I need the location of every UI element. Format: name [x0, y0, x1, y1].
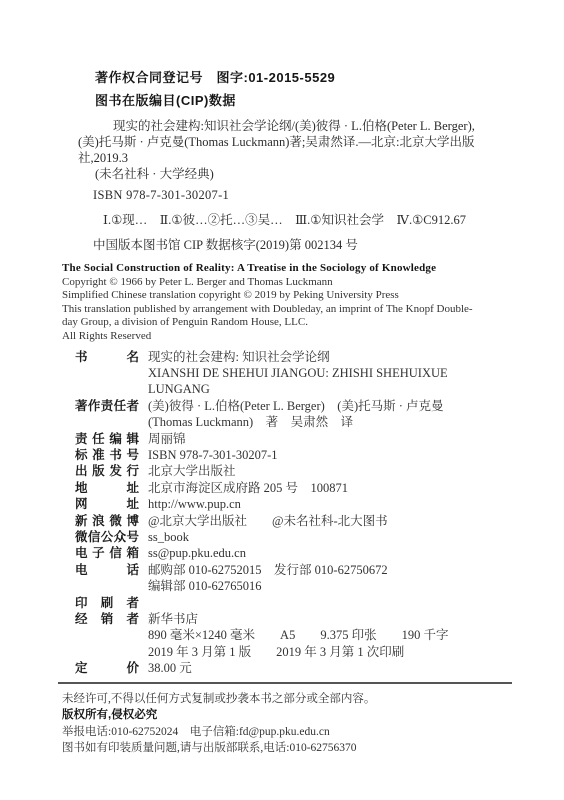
isbn-line: ISBN 978-7-301-30207-1: [93, 187, 512, 203]
label-char: 话: [126, 562, 139, 595]
info-row: 定价38.00 元: [75, 660, 512, 676]
label-char: 书: [109, 447, 122, 463]
info-row-label: 出版发行: [75, 463, 139, 479]
info-value-line: 北京大学出版社: [148, 463, 236, 479]
info-value-line: XIANSHI DE SHEHUI JIANGOU: ZHISHI SHEHUI…: [148, 365, 448, 381]
text-line: (美)托马斯 · 卢克曼(Thomas Luckmann)著;吴肃然译.—北京:…: [78, 134, 514, 150]
info-row-label: 电子信箱: [75, 545, 139, 561]
info-row-value: @北京大学出版社 @未名社科-北大图书: [148, 513, 388, 529]
info-row-label: 地址: [75, 480, 139, 496]
label-char: 责: [75, 431, 88, 447]
info-value-line: 邮购部 010-62752015 发行部 010-62750672: [148, 562, 388, 578]
label-char: 责: [101, 398, 114, 431]
text-line: day Group, a division of Penguin Random …: [62, 316, 512, 330]
text-line: Copyright © 1966 by Peter L. Berger and …: [62, 276, 512, 290]
label-char: 址: [126, 480, 139, 496]
label-char: 者: [126, 611, 139, 660]
info-row-value: 新华书店890 毫米×1240 毫米 A5 9.375 印张 190 千字201…: [148, 611, 448, 660]
info-row-label: 责任编辑: [75, 431, 139, 447]
cip-record-number-line: 中国版本图书馆 CIP 数据核字(2019)第 002134 号: [93, 237, 512, 253]
info-row-value: 北京大学出版社: [148, 463, 236, 479]
info-row: 著作责任者(美)彼得 · L.伯格(Peter L. Berger) (美)托马…: [75, 398, 512, 431]
label-char: 箱: [126, 545, 139, 561]
cip-data-header: 图书在版编目(CIP)数据: [95, 93, 512, 109]
label-char: 信: [109, 545, 122, 561]
label-char: 者: [126, 398, 139, 431]
label-char: 电: [75, 545, 88, 561]
info-row-label: 网址: [75, 496, 139, 512]
info-value-line: 38.00 元: [148, 660, 192, 676]
label-char: 子: [92, 545, 105, 561]
label-char: 者: [126, 595, 139, 611]
info-value-line: 北京市海淀区成府路 205 号 100871: [148, 480, 348, 496]
cip-classification-line: Ⅰ.①现… Ⅱ.①彼…②托…③吴… Ⅲ.①知识社会学 Ⅳ.①C912.67: [103, 212, 512, 228]
info-row-value: ss_book: [148, 529, 189, 545]
print-quality-contact-line: 图书如有印装质量问题,请与出版部联系,电话:010-62756370: [62, 740, 512, 757]
label-char: 准: [92, 447, 105, 463]
label-char: 名: [126, 349, 139, 398]
info-row: 电子信箱ss@pup.pku.edu.cn: [75, 545, 512, 561]
info-value-line: ISBN 978-7-301-30207-1: [148, 447, 278, 463]
info-row-value: 现实的社会建构: 知识社会学论纲XIANSHI DE SHEHUI JIANGO…: [148, 349, 448, 398]
info-row: 标准书号ISBN 978-7-301-30207-1: [75, 447, 512, 463]
label-char: 发: [109, 463, 122, 479]
label-char: 行: [126, 463, 139, 479]
label-char: 浪: [92, 513, 105, 529]
info-row-value: 北京市海淀区成府路 205 号 100871: [148, 480, 348, 496]
text-line: 现实的社会建构:知识社会学论纲/(美)彼得 · L.伯格(Peter L. Be…: [78, 118, 514, 134]
text-line: All Rights Reserved: [62, 330, 512, 344]
footer-notices: 未经许可,不得以任何方式复制或抄袭本书之部分或全部内容。 版权所有,侵权必究 举…: [62, 691, 512, 757]
info-row-value: ISBN 978-7-301-30207-1: [148, 447, 278, 463]
info-row-label: 书名: [75, 349, 139, 398]
english-copyright-block: The Social Construction of Reality: A Tr…: [62, 262, 512, 344]
label-char: 出: [75, 463, 88, 479]
label-char: 众: [114, 529, 127, 545]
english-copyright-lines: Copyright © 1966 by Peter L. Berger and …: [62, 276, 512, 344]
info-row-value: 38.00 元: [148, 660, 192, 676]
label-char: 刷: [101, 595, 114, 611]
info-row: 新浪微博@北京大学出版社 @未名社科-北大图书: [75, 513, 512, 529]
label-char: 新: [75, 513, 88, 529]
info-value-line: 现实的社会建构: 知识社会学论纲: [148, 349, 448, 365]
series-note: (未名社科 · 大学经典): [95, 166, 512, 182]
info-value-line: 新华书店: [148, 611, 448, 627]
label-char: 微: [109, 513, 122, 529]
label-char: 书: [75, 349, 88, 398]
info-row: 网址http://www.pup.cn: [75, 496, 512, 512]
publication-info-table: 书名现实的社会建构: 知识社会学论纲XIANSHI DE SHEHUI JIAN…: [62, 349, 512, 677]
info-value-line: (美)彼得 · L.伯格(Peter L. Berger) (美)托马斯 · 卢…: [148, 398, 444, 414]
info-value-line: ss@pup.pku.edu.cn: [148, 545, 246, 561]
info-value-line: http://www.pup.cn: [148, 496, 241, 512]
info-row-label: 新浪微博: [75, 513, 139, 529]
copyright-registration-line: 著作权合同登记号 图字:01-2015-5529: [95, 70, 512, 86]
label-char: 著: [75, 398, 88, 431]
label-char: 博: [126, 513, 139, 529]
info-value-line: [148, 595, 151, 611]
info-row-value: http://www.pup.cn: [148, 496, 241, 512]
info-row: 经销者新华书店890 毫米×1240 毫米 A5 9.375 印张 190 千字…: [75, 611, 512, 660]
label-char: 地: [75, 480, 88, 496]
info-row-value: 邮购部 010-62752015 发行部 010-62750672编辑部 010…: [148, 562, 388, 595]
label-char: 作: [88, 398, 101, 431]
label-char: 版: [92, 463, 105, 479]
info-value-line: 2019 年 3 月第 1 版 2019 年 3 月第 1 次印刷: [148, 644, 448, 660]
info-row-label: 印刷者: [75, 595, 139, 611]
info-row-label: 标准书号: [75, 447, 139, 463]
label-char: 号: [126, 529, 139, 545]
text-line: Simplified Chinese translation copyright…: [62, 289, 512, 303]
label-char: 公: [101, 529, 114, 545]
cip-description-paragraph: 现实的社会建构:知识社会学论纲/(美)彼得 · L.伯格(Peter L. Be…: [78, 118, 514, 166]
info-row: 责任编辑周丽锦: [75, 431, 512, 447]
report-contact-line: 举报电话:010-62752024 电子信箱:fd@pup.pku.edu.cn: [62, 724, 512, 741]
info-row-label: 微信公众号: [75, 529, 139, 545]
info-row: 微信公众号ss_book: [75, 529, 512, 545]
label-char: 电: [75, 562, 88, 595]
info-value-line: (Thomas Luckmann) 著 吴肃然 译: [148, 414, 444, 430]
label-char: 任: [114, 398, 127, 431]
label-char: 号: [126, 447, 139, 463]
info-row-label: 著作责任者: [75, 398, 139, 431]
info-value-line: @北京大学出版社 @未名社科-北大图书: [148, 513, 388, 529]
label-char: 址: [126, 496, 139, 512]
label-char: 任: [92, 431, 105, 447]
label-char: 销: [101, 611, 114, 660]
label-char: 印: [75, 595, 88, 611]
label-char: 价: [126, 660, 139, 676]
info-row-value: [148, 595, 151, 611]
info-row-value: ss@pup.pku.edu.cn: [148, 545, 246, 561]
info-row: 地址北京市海淀区成府路 205 号 100871: [75, 480, 512, 496]
label-char: 微: [75, 529, 88, 545]
label-char: 信: [88, 529, 101, 545]
no-copy-notice: 未经许可,不得以任何方式复制或抄袭本书之部分或全部内容。: [62, 691, 512, 708]
info-value-line: 890 毫米×1240 毫米 A5 9.375 印张 190 千字: [148, 627, 448, 643]
english-original-title: The Social Construction of Reality: A Tr…: [62, 262, 512, 276]
info-row-label: 电话: [75, 562, 139, 595]
info-row: 印刷者: [75, 595, 512, 611]
label-char: 编: [109, 431, 122, 447]
info-row: 书名现实的社会建构: 知识社会学论纲XIANSHI DE SHEHUI JIAN…: [75, 349, 512, 398]
label-char: 辑: [126, 431, 139, 447]
info-value-line: 周丽锦: [148, 431, 186, 447]
info-row-label: 经销者: [75, 611, 139, 660]
label-char: 定: [75, 660, 88, 676]
info-row: 出版发行北京大学出版社: [75, 463, 512, 479]
info-row-value: (美)彼得 · L.伯格(Peter L. Berger) (美)托马斯 · 卢…: [148, 398, 444, 431]
info-value-line: ss_book: [148, 529, 189, 545]
text-line: This translation published by arrangemen…: [62, 303, 512, 317]
info-row: 电话邮购部 010-62752015 发行部 010-62750672编辑部 0…: [75, 562, 512, 595]
divider-rule: [58, 682, 512, 684]
info-row-label: 定价: [75, 660, 139, 676]
info-value-line: LUNGANG: [148, 381, 448, 397]
label-char: 标: [75, 447, 88, 463]
info-row-value: 周丽锦: [148, 431, 186, 447]
all-rights-reserved-notice: 版权所有,侵权必究: [62, 707, 512, 724]
info-value-line: 编辑部 010-62765016: [148, 578, 388, 594]
label-char: 经: [75, 611, 88, 660]
copyright-page: 著作权合同登记号 图字:01-2015-5529 图书在版编目(CIP)数据 现…: [0, 0, 564, 800]
text-line: 社,2019.3: [78, 150, 514, 166]
label-char: 网: [75, 496, 88, 512]
